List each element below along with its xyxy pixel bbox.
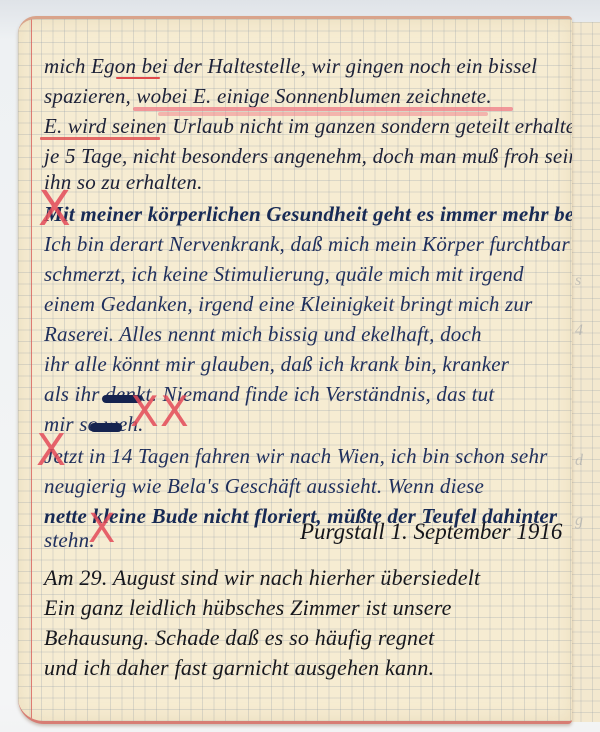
diary-line: ihr alle könnt mir glauben, daß ich kran… — [44, 351, 509, 377]
adjacent-page-edge: 4 d g s — [568, 22, 600, 722]
red-x-mark: X — [88, 509, 115, 549]
diary-line: Jetzt in 14 Tagen fahren wir nach Wien, … — [44, 443, 548, 469]
diary-line: und ich daher fast garnicht ausgehen kan… — [44, 655, 434, 681]
diary-line: als ihr denkt. Niemand finde ich Verstän… — [44, 381, 494, 407]
red-x-mark: X — [38, 185, 71, 233]
diary-line: Behausung. Schade daß es so häufig regne… — [44, 625, 435, 651]
ink-scribble-strikeout — [90, 423, 122, 432]
diary-line: Ein ganz leidlich hübsches Zimmer ist un… — [44, 595, 452, 621]
red-underline — [116, 77, 160, 79]
diary-line: je 5 Tage, nicht besonders angenehm, doc… — [44, 143, 572, 169]
red-x-mark: X — [36, 429, 66, 473]
red-underline — [40, 137, 160, 140]
diary-line: mich Egon bei der Haltestelle, wir ginge… — [44, 53, 537, 79]
diary-line: einem Gedanken, irgend eine Kleinigkeit … — [44, 291, 532, 317]
ghost-letter: g — [575, 512, 583, 530]
red-pencil-underline — [133, 107, 513, 111]
diary-line: Mit meiner körperlichen Gesundheit geht … — [44, 201, 572, 227]
diary-line: Ich bin derart Nervenkrank, daß mich mei… — [44, 231, 570, 257]
ghost-letter: s — [575, 272, 581, 290]
red-x-mark: X — [130, 391, 159, 433]
margin-rule — [31, 19, 32, 721]
diary-line: Raserei. Alles nennt mich bissig und eke… — [44, 321, 482, 347]
diary-line: spazieren, wobei E. einige Sonnenblumen … — [44, 83, 492, 109]
ghost-letter: 4 — [575, 322, 583, 340]
notebook-page: mich Egon bei der Haltestelle, wir ginge… — [18, 16, 572, 724]
diary-line: schmerzt, ich keine Stimulierung, quäle … — [44, 261, 524, 287]
diary-line: neugierig wie Bela's Geschäft aussieht. … — [44, 473, 484, 499]
ghost-letter: d — [575, 452, 583, 470]
diary-line: E. wird seinen Urlaub nicht im ganzen so… — [44, 113, 572, 139]
diary-line: Am 29. August sind wir nach hierher über… — [44, 565, 480, 591]
red-x-mark: X — [160, 391, 189, 433]
entry-dateline: Purgstall 1. September 1916 — [300, 519, 562, 545]
